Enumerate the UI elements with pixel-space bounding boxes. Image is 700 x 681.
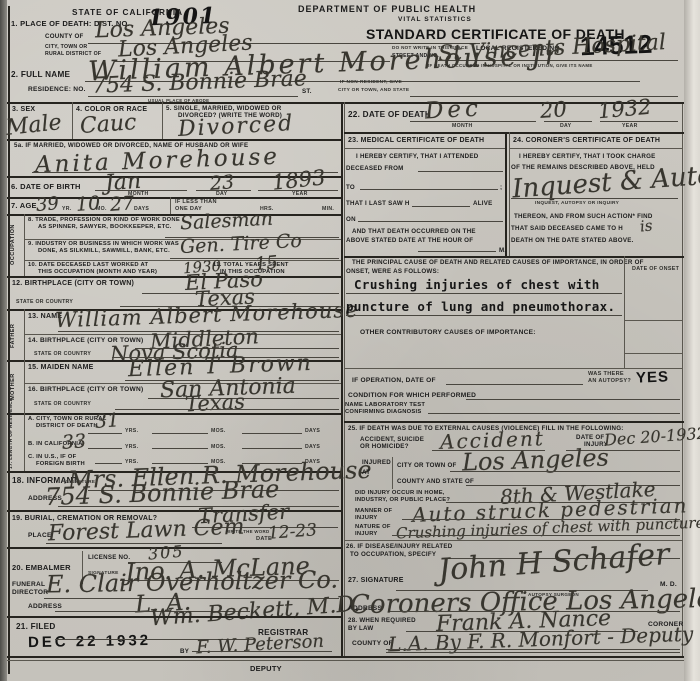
write-word-caption: WRITE THE WORD [226,529,269,534]
rule [412,206,470,207]
rule [544,121,592,122]
race-value: Cauc [79,112,137,138]
rule [600,121,678,122]
nonresident-note-1: IF NON-RESIDENT, GIVE [340,80,402,85]
burial-date-value: 12-23 [267,522,317,542]
injured-at-label-2: AT [362,469,370,476]
alive-label: ALIVE [473,200,492,207]
nonresident-note-2: CITY OR TOWN, AND STATE [338,88,409,93]
age-label: 7. AGE [11,201,37,210]
rule [88,448,122,449]
filed-date-stamp: DEC 22 1932 [28,632,151,651]
yrs-caption: YRS. [125,428,138,434]
section-rule [7,616,341,618]
signature-label: 27. SIGNATURE [348,577,404,584]
cause-of-death-line-1: Crushing injuries of chest with [354,277,600,292]
row-rule [509,148,682,149]
occupation-disease-label-1: 26. IF DISEASE/INJURY RELATED [346,543,453,550]
rule [418,251,496,252]
state-country-caption: STATE OR COUNTRY [34,351,91,357]
rule [466,399,680,400]
rule [46,543,222,544]
funeral-director-label-1: FUNERAL [12,581,45,588]
manner-label-1: MANNER OF [355,508,392,514]
embalmer-address-label: ADDRESS [28,603,62,610]
cert-divider [505,132,507,256]
dob-label: 6. DATE OF BIRTH [11,182,81,191]
rule [418,171,503,172]
rule [346,293,622,294]
residence-label: RESIDENCE: NO. [28,86,86,93]
city-or-town-label: CITY OR TOWN OF [397,462,457,469]
nature-label-1: NATURE OF [355,524,391,530]
row-rule [344,368,682,369]
burial-place-value: Forest Lawn Cem [48,517,245,546]
state-country-caption: STATE OR COUNTRY [16,299,73,305]
coroner-cert-header: 24. CORONER'S CERTIFICATE OF DEATH [513,137,660,144]
death-day-value: 20 [539,99,567,122]
funeral-director-label-2: DIRECTOR [12,589,48,596]
section-rule [344,421,684,423]
section-rule [344,256,684,258]
section-rule [7,413,341,415]
occupation-side-tab: OCCUPATION [10,216,16,274]
was-there-caption-1: WAS THERE [588,371,624,377]
when-required-label-2: BY LAW [348,625,373,632]
death-year-value: 1932 [597,97,652,123]
rule [88,433,122,434]
rule [152,433,208,434]
rule [242,448,302,449]
section-rule [7,510,341,512]
mos-caption: MOS. [211,444,225,450]
vital-statistics-label: VITAL STATISTICS [398,16,472,23]
on-label: ON [346,216,356,223]
rule [358,221,503,222]
state-country-caption: STATE OR COUNTRY [34,401,91,407]
accident-label-1: ACCIDENT, SUICIDE [360,436,424,443]
age-days-value: 27 [109,194,134,215]
rule [346,315,622,316]
rule [242,433,302,434]
filed-label: 21. FILED [16,622,56,631]
full-name-label: 2. FULL NAME [11,70,70,79]
rule [115,409,339,410]
onset-row-rule [624,320,682,321]
industry-value: Gen. Tire Co [180,232,303,257]
mo-caption: MO. [96,206,107,212]
was-there-caption-2: AN AUTOPSY? [588,378,631,384]
bottom-rule [7,656,684,658]
rule [428,413,680,414]
residence-b-value: 33 [61,432,86,453]
his-scrawl: is [639,218,653,234]
hour-m-label: M. [499,247,506,254]
rule [386,652,680,653]
marital-value: Divorced [178,113,295,141]
marital-label-1: 5. SINGLE, MARRIED, WIDOWED OR [166,105,281,112]
residence-a-value: 31 [94,411,119,432]
min-caption: MIN. [322,206,334,212]
rule [410,121,536,122]
rule [386,649,680,650]
mother-birth-state-value: Texas [184,391,245,415]
section-rule [344,132,684,134]
rule [88,96,298,97]
department-title: DEPARTMENT OF PUBLIC HEALTH [298,4,476,14]
section-rule [7,139,341,141]
cause-of-death-line-2: puncture of lung and pneumothorax. [346,299,615,314]
by-caption: BY [180,648,189,655]
onset-row-rule [624,353,682,354]
father-side-tab: FATHER [10,315,16,357]
mother-birthplace-label: 16. BIRTHPLACE (CITY OR TOWN) [28,386,143,393]
when-required-label-1: 28. WHEN REQUIRED [348,617,416,624]
coroner-cert-line-3: THEREON, AND FROM SUCH ACTION* FIND [514,213,653,220]
date-of-onset-caption: DATE OF ONSET [632,266,679,272]
cell-divider [72,102,73,139]
date-injury-label-1: DATE OF [576,434,604,441]
year-caption: YEAR [622,123,638,129]
bottom-rule [7,660,684,661]
funeral-director-value: E. Clair Overholtzer Co. [46,567,338,596]
condition-performed-label: CONDITION FOR WHICH PERFORMED [348,392,476,399]
medical-cert-line-3: TO [346,184,355,191]
less-than-caption-1: IF LESS THAN [175,199,217,205]
other-contributory-label: OTHER CONTRIBUTORY CAUSES OF IMPORTANCE: [360,329,536,336]
cert-divider [509,132,510,256]
rule [360,189,498,190]
cell-divider [162,102,163,139]
section-rule [7,214,341,216]
medical-cert-line-2: DECEASED FROM [346,165,404,172]
rule [192,651,332,652]
residence-value: 754 S. Bonnie Brae [92,68,308,97]
day-caption: DAY [560,123,571,129]
sex-value: Male [5,112,63,140]
lab-test-label-1: NAME LABORATORY TEST [345,402,425,408]
death-certificate-scan: STATE OF CALIFORNIA 1. PLACE OF DEATH: D… [0,0,700,681]
medical-cert-header: 23. MEDICAL CERTIFICATE OF DEATH [348,137,484,144]
column-divider [341,102,343,658]
medical-cert-line-4: THAT I LAST SAW H [346,200,410,207]
length-residence-side-tab: 17. LENGTH OF RESIDENCE [8,415,13,469]
residence-c-label-1: C. IN U.S., IF OF [28,454,76,460]
deputy-signature: F. W. Peterson [196,633,325,658]
section-rule [7,102,684,104]
trade-label-2: AS SPINNER, SAWYER, BOOKKEEPER, ETC. [38,224,172,230]
deputy-caption: DEPUTY [250,664,282,673]
coroner-cert-line-5: DEATH ON THE DATE STATED ABOVE. [511,237,634,244]
injured-bracket [392,457,393,489]
last-worked-label-1: 10. DATE DECEASED LAST WORKED AT [28,262,148,268]
county-of-label: COUNTY OF [352,640,393,647]
rule [152,448,208,449]
medical-cert-line-1: I HEREBY CERTIFY, THAT I ATTENDED [356,153,479,160]
coroner-cert-line-4: THAT SAID DECEASED CAME TO H [511,225,623,232]
tab-divider [24,214,25,276]
surgeon-signature: John H Schafer [437,540,670,586]
days-caption: DAYS [134,206,149,212]
tab-divider [24,413,25,471]
trade-label-1: 8. TRADE, PROFESSION OR KIND OF WORK DON… [28,217,180,223]
yrs-caption: YRS. [125,444,138,450]
street-abbrev-label: ST. [302,88,312,95]
autopsy-yes-stamp: YES [636,368,670,386]
accident-label-2: OR HOMICIDE? [360,443,409,450]
sex-label: 3. SEX [12,106,35,113]
city-town-label-1: CITY, TOWN OR [45,44,87,50]
semicolon: ; [500,184,502,191]
injury-place-label-1: DID INJURY OCCUR IN HOME, [355,490,445,496]
principal-cause-line-1: THE PRINCIPAL CAUSE OF DEATH AND RELATED… [352,259,644,266]
onset-column-divider [624,256,625,368]
county-state-label: COUNTY AND STATE OF [397,478,474,485]
industry-label-2: DONE, AS SILKMILL, SAWMILL, BANK, ETC. [38,248,170,254]
death-month-value: Dec [424,98,482,124]
yr-caption: YR. [62,206,72,212]
cell-divider [170,197,171,214]
industry-label-1: 9. INDUSTRY OR BUSINESS IN WHICH WORK WA… [28,241,179,247]
manner-label-2: INJURY [355,515,378,521]
injured-at-label-1: INJURED [362,459,391,466]
paper-right-edge [684,0,700,681]
column-divider [344,102,345,658]
trade-value: Salesman [180,210,274,234]
mother-maiden-label: 15. MAIDEN NAME [28,364,94,371]
month-caption: MONTH [452,123,473,129]
coroner-cert-line-1: I HEREBY CERTIFY, THAT I TOOK CHARGE [519,153,656,160]
if-operation-label: IF OPERATION, DATE OF [352,377,436,384]
row-rule [344,148,505,149]
rule [511,198,678,199]
mos-caption: MOS. [211,428,225,434]
tab-divider [24,360,25,413]
rule [392,535,680,536]
medical-cert-line-6: ABOVE STATED DATE AT THE HOUR OF [346,237,473,244]
days-caption: DAYS [305,444,320,450]
nature-label-2: INJURY [355,531,378,537]
last-worked-label-2: THIS OCCUPATION (MONTH AND YEAR) [38,269,157,275]
lab-test-label-2: CONFIRMING DIAGNOSIS [345,409,422,415]
section-rule [7,276,341,278]
date-of-death-label: 22. DATE OF DEATH [348,110,431,119]
occupation-disease-label-2: TO OCCUPATION, SPECIFY [350,551,436,558]
rule [446,384,583,385]
residence-a-label-2: DISTRICT OF DEATH [36,423,98,429]
county-label: COUNTY OF [45,33,84,40]
principal-cause-line-2: ONSET, WERE AS FOLLOWS: [346,268,439,275]
rule [450,471,680,472]
days-caption: DAYS [305,428,320,434]
birthplace-label: 12. BIRTHPLACE (CITY OR TOWN) [12,280,134,287]
age-years-value: 39 [35,195,59,215]
inquest-caption: INQUEST, AUTOPSY OR INQUIRY [535,201,619,206]
binding-edge [0,0,7,681]
medical-cert-line-5: AND THAT DEATH OCCURRED ON THE [352,228,476,235]
